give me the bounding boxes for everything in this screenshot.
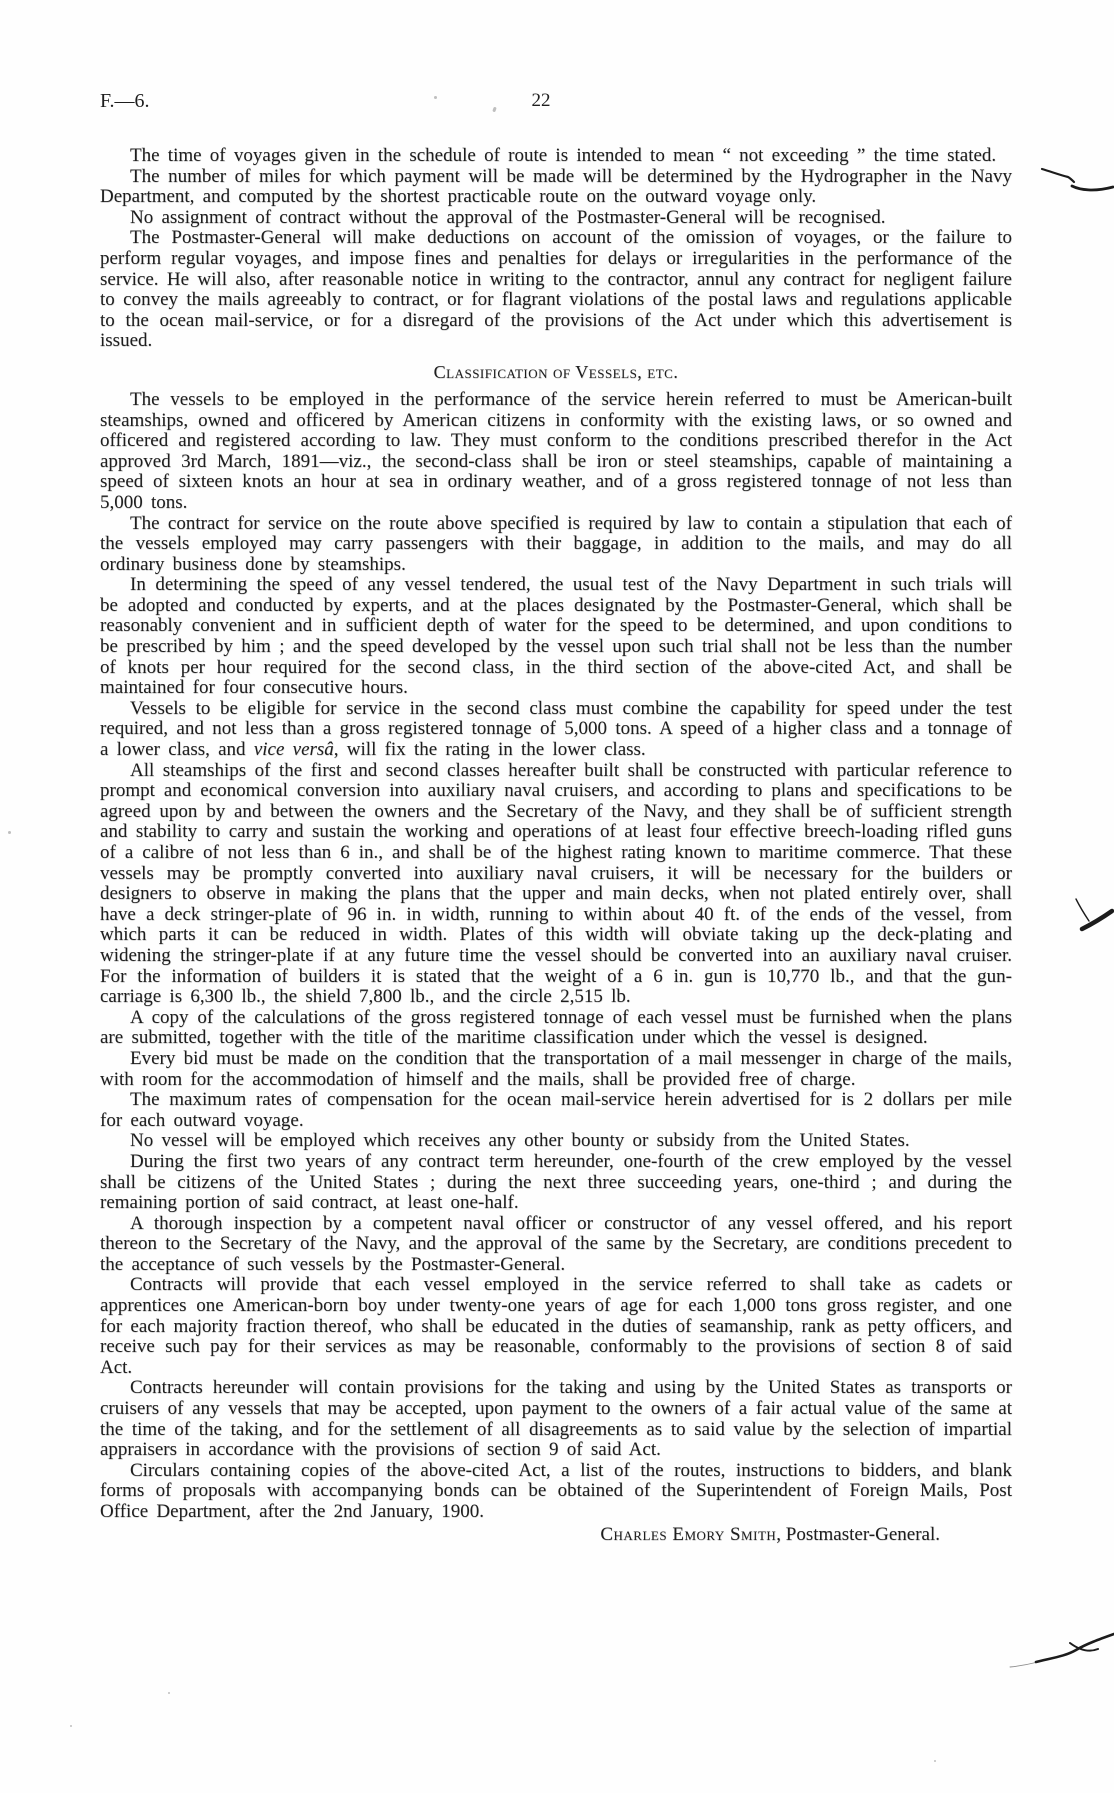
paragraph: In determining the speed of any vessel t…: [100, 575, 1012, 699]
scan-speck: [70, 1725, 72, 1727]
scan-speck: [8, 831, 11, 834]
scanned-document-page: F.—6. 22 The time of voyages given in th…: [0, 0, 1114, 1793]
pen-squiggle-top-right-icon: [1042, 169, 1074, 182]
paragraph: No assignment of contract without the ap…: [100, 208, 1012, 229]
paragraph: The contract for service on the route ab…: [100, 514, 1012, 576]
paragraph: During the first two years of any contra…: [100, 1152, 1012, 1214]
paragraph: The maximum rates of compensation for th…: [100, 1090, 1012, 1131]
pen-check-mid-right-icon: [1076, 899, 1089, 921]
pen-check-mid-right-icon: [1082, 911, 1112, 929]
pen-squiggle-bottom-right-icon: [1036, 1634, 1114, 1662]
page-header: F.—6. 22: [100, 86, 1012, 116]
paragraph: Every bid must be made on the condition …: [100, 1049, 1012, 1090]
scan-speck: [934, 1760, 936, 1762]
paragraph: Contracts will provide that each vessel …: [100, 1275, 1012, 1378]
paragraph: The number of miles for which payment wi…: [100, 167, 1012, 208]
pen-squiggle-top-right-icon: [1072, 186, 1113, 190]
scan-speck: [168, 1692, 170, 1694]
signature-line: Charles Emory Smith, Postmaster-General.: [100, 1524, 1012, 1545]
page-number: 22: [100, 86, 982, 116]
paragraph: The vessels to be employed in the perfor…: [100, 390, 1012, 514]
paragraph: Contracts hereunder will contain provisi…: [100, 1378, 1012, 1460]
paragraph: All steamships of the first and second c…: [100, 761, 1012, 1008]
paragraph: A copy of the calculations of the gross …: [100, 1008, 1012, 1049]
text-block: F.—6. 22 The time of voyages given in th…: [100, 86, 1012, 1545]
body-text: The time of voyages given in the schedul…: [100, 146, 1012, 1545]
pen-squiggle-bottom-right-icon: [1010, 1662, 1038, 1667]
section-heading: Classification of Vessels, etc.: [100, 361, 1012, 383]
paragraph: The time of voyages given in the schedul…: [100, 146, 1012, 167]
paragraph: Vessels to be eligible for service in th…: [100, 699, 1012, 761]
paragraph: No vessel will be employed which receive…: [100, 1131, 1012, 1152]
pen-squiggle-bottom-right-icon: [1070, 1643, 1098, 1651]
paragraph: Circulars containing copies of the above…: [100, 1461, 1012, 1523]
scan-speck: [434, 96, 437, 99]
paragraph: The Postmaster-General will make deducti…: [100, 228, 1012, 352]
paragraph: A thorough inspection by a competent nav…: [100, 1214, 1012, 1276]
